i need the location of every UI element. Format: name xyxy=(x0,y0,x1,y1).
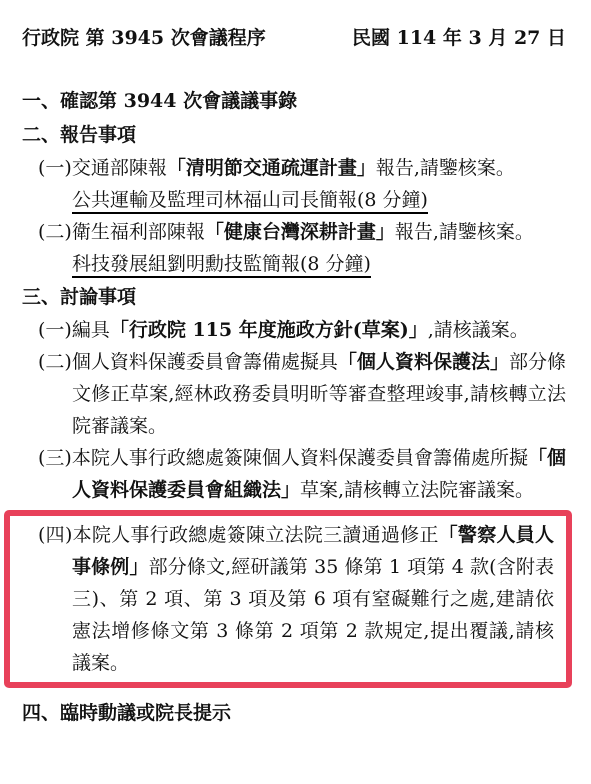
report-item-2-text: (二)衛生福利部陳報 xyxy=(38,221,205,243)
section-discussions-heading: 三、討論事項 xyxy=(22,280,566,314)
report-item-2: (二)衛生福利部陳報「健康台灣深耕計畫」報告,請鑒核案。 xyxy=(22,216,566,248)
report-item-2-plan-title: 「健康台灣深耕計畫」 xyxy=(205,221,395,243)
discussion-item-1: (一)編具「行政院 115 年度施政方針(草案)」,請核議案。 xyxy=(22,314,566,346)
discussion-item-3-tail: 草案,請核轉立法院審議案。 xyxy=(300,479,534,501)
report-item-1: (一)交通部陳報「清明節交通疏運計畫」報告,請鑒核案。 xyxy=(22,152,566,184)
section-reports-heading: 二、報告事項 xyxy=(22,118,566,152)
briefing-underlined-text: 公共運輸及監理司林福山司長簡報(8 分鐘) xyxy=(72,189,428,214)
section-confirm-minutes: 一、確認第 3944 次會議議事錄 xyxy=(22,84,566,118)
discussion-item-4-text: (四)本院人事行政總處簽陳立法院三讀通過修正 xyxy=(38,524,439,546)
discussion-item-3: (三)本院人事行政總處簽陳個人資料保護委員會籌備處所擬「個人資料保護委員會組織法… xyxy=(22,442,566,506)
report-item-1-text: (一)交通部陳報 xyxy=(38,157,167,179)
section-motions-heading: 四、臨時動議或院長提示 xyxy=(22,696,566,730)
document-title: 行政院 第 3945 次會議程序 xyxy=(22,26,266,50)
discussion-item-1-text: (一)編具 xyxy=(38,319,110,341)
discussion-item-2-text: (二)個人資料保護委員會籌備處擬具 xyxy=(38,351,338,373)
discussion-item-1-tail: ,請核議案。 xyxy=(428,319,529,341)
document-header: 行政院 第 3945 次會議程序 民國 114 年 3 月 27 日 xyxy=(22,26,566,50)
report-item-2-briefing: 科技發展組劉明勳技監簡報(8 分鐘) xyxy=(22,248,566,280)
report-item-1-briefing: 公共運輸及監理司林福山司長簡報(8 分鐘) xyxy=(22,184,566,216)
discussion-item-2-law-title: 「個人資料保護法」 xyxy=(338,351,509,373)
report-item-1-tail: 報告,請鑒核案。 xyxy=(376,157,515,179)
meeting-agenda-document: 行政院 第 3945 次會議程序 民國 114 年 3 月 27 日 一、確認第… xyxy=(0,0,591,730)
report-item-2-tail: 報告,請鑒核案。 xyxy=(395,221,534,243)
discussion-item-1-law-title: 「行政院 115 年度施政方針(草案)」 xyxy=(110,319,428,341)
report-item-1-plan-title: 「清明節交通疏運計畫」 xyxy=(167,157,376,179)
document-date: 民國 114 年 3 月 27 日 xyxy=(352,26,566,50)
discussion-item-2: (二)個人資料保護委員會籌備處擬具「個人資料保護法」部分條文修正草案,經林政務委… xyxy=(22,346,566,442)
discussion-item-3-text: (三)本院人事行政總處簽陳個人資料保護委員會籌備處所擬 xyxy=(38,447,528,469)
highlight-box: (四)本院人事行政總處簽陳立法院三讀通過修正「警察人員人事條例」部分條文,經研議… xyxy=(4,510,572,688)
briefing-underlined-text: 科技發展組劉明勳技監簡報(8 分鐘) xyxy=(72,253,371,278)
discussion-item-4: (四)本院人事行政總處簽陳立法院三讀通過修正「警察人員人事條例」部分條文,經研議… xyxy=(38,519,554,679)
